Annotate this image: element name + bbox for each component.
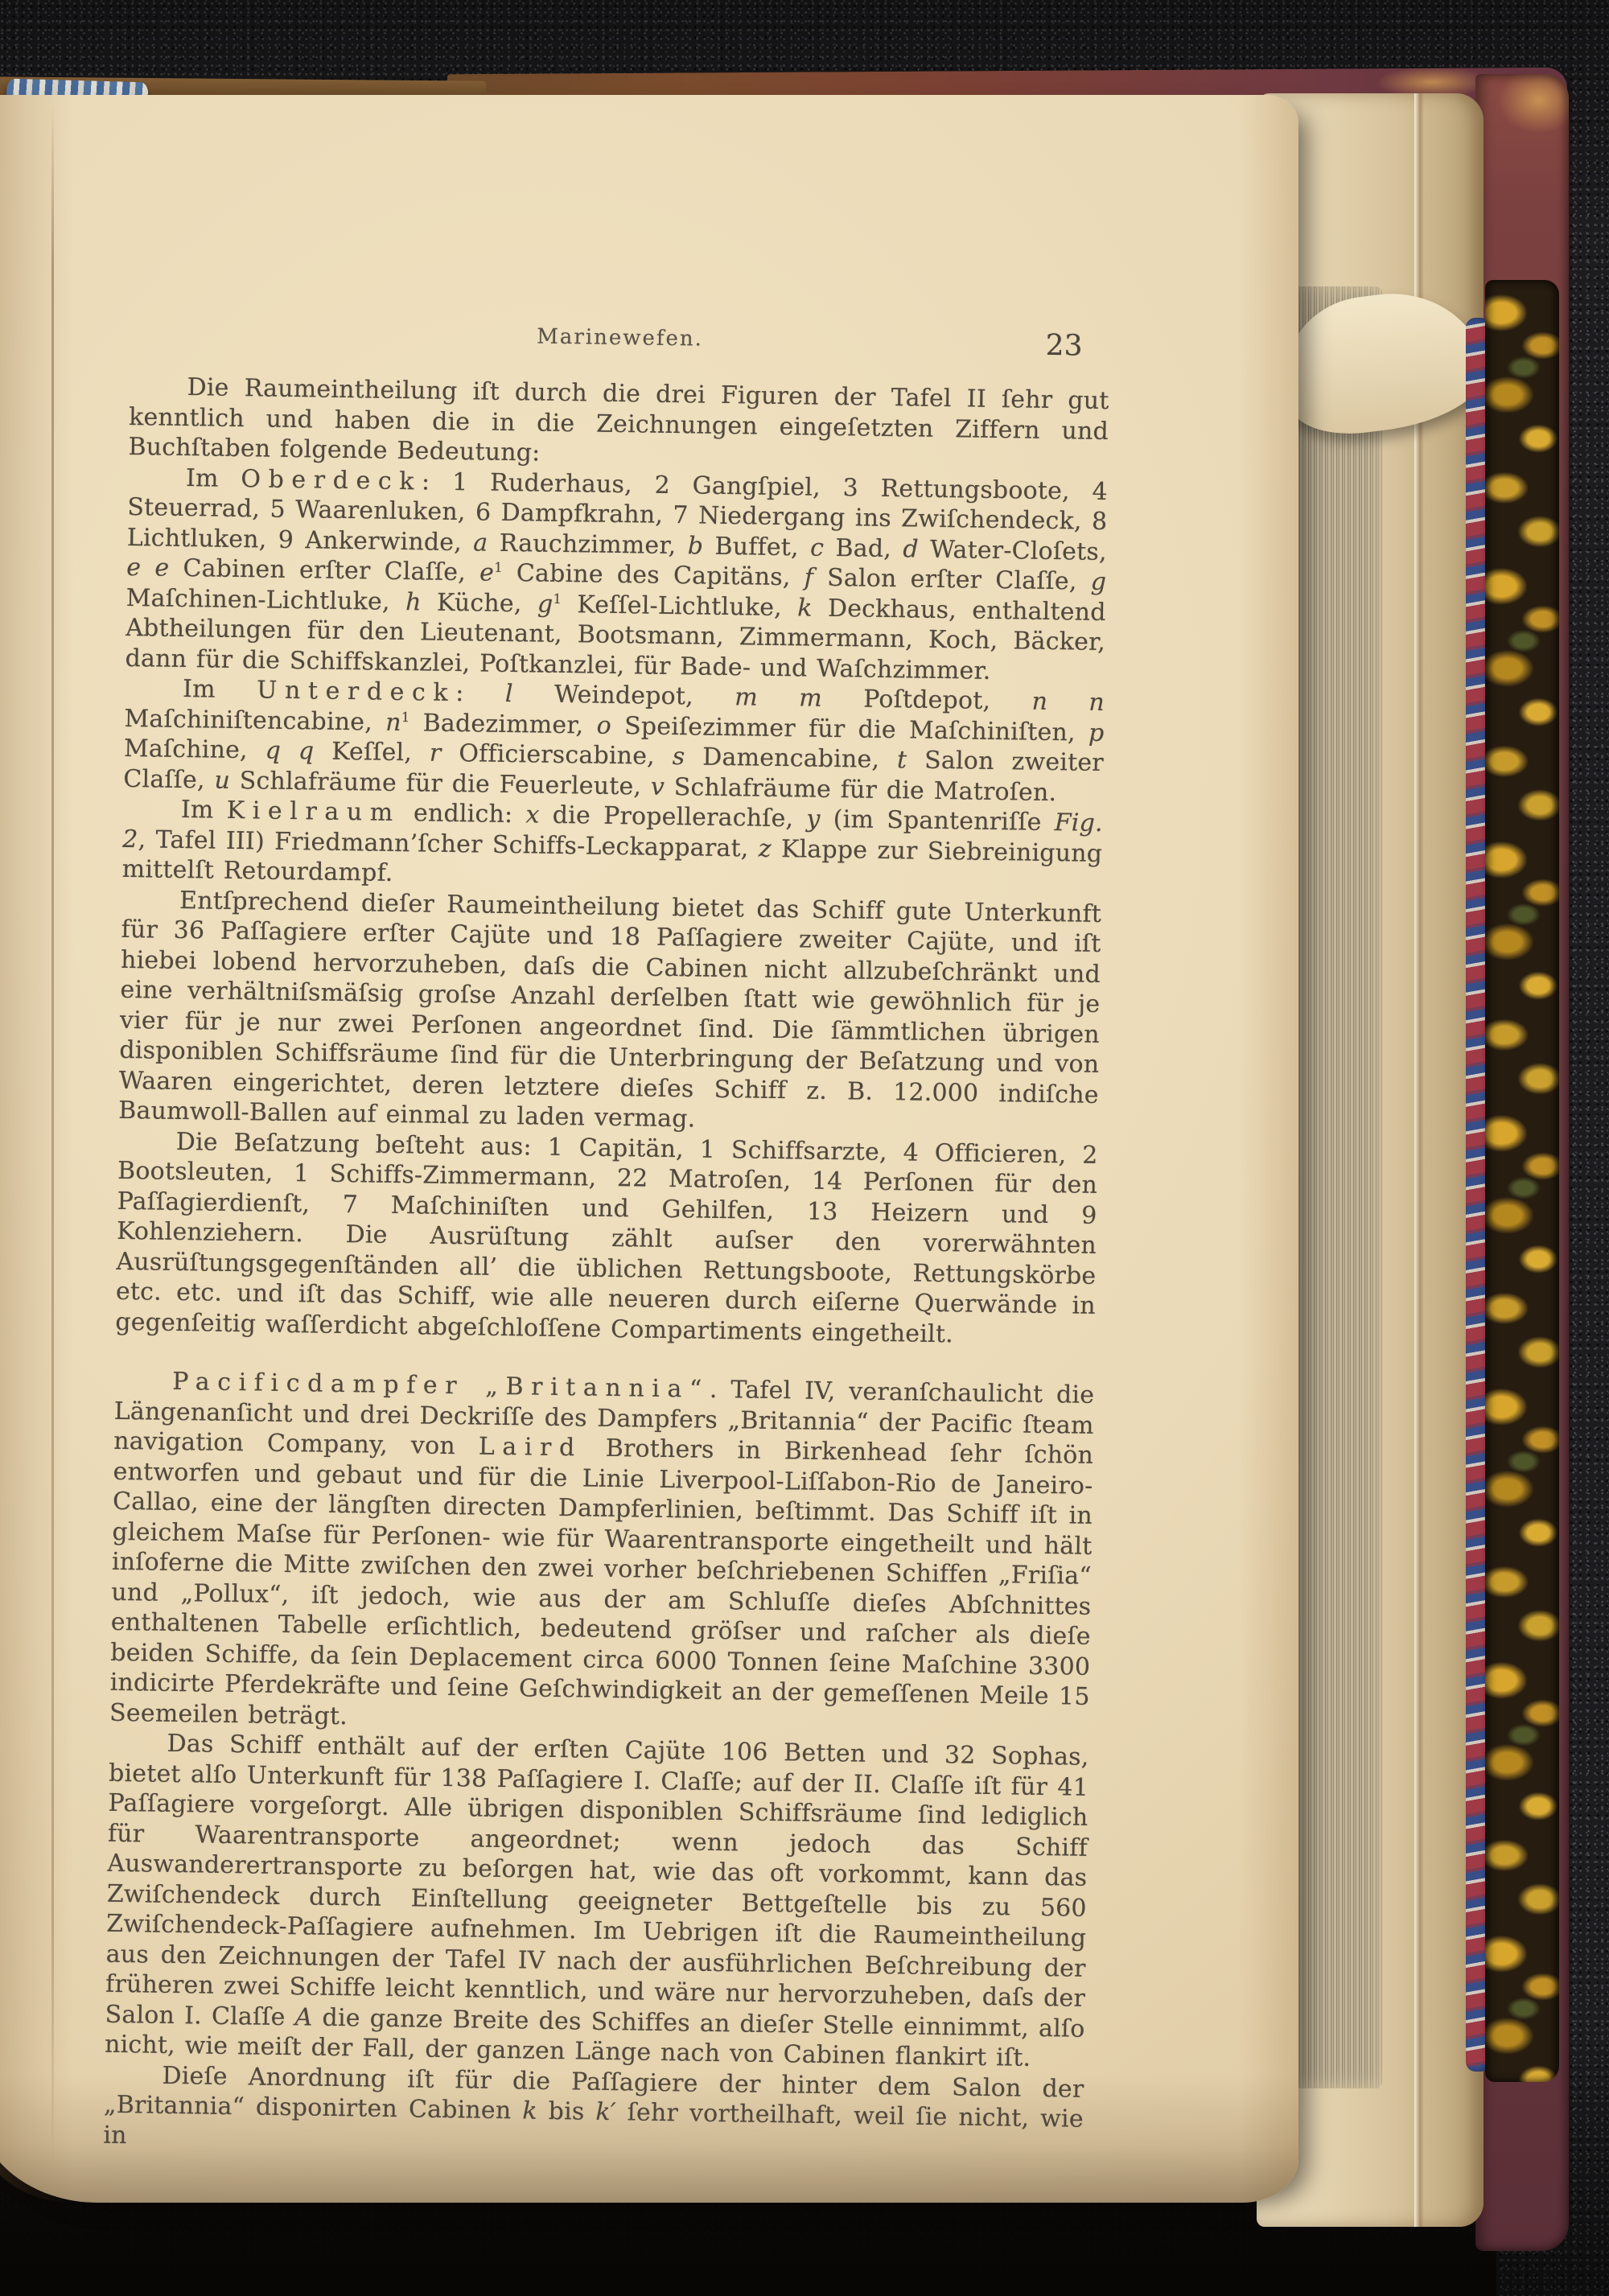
text-segment: : <box>455 679 505 708</box>
text-segment: endlich: <box>401 799 526 829</box>
paragraph: Das Schiff enthält auf der erſten Cajüte… <box>105 1728 1089 2075</box>
page-header: Marinewefen. 23 <box>130 314 1110 367</box>
text-segment: Water-Cloſets, <box>918 535 1107 566</box>
text-segment: Entſprechend dieſer Raumeintheilung biet… <box>118 886 1101 1133</box>
text-segment: Damencabine, <box>685 743 897 774</box>
text-segment-italic: h <box>405 588 422 616</box>
text-segment-italic: k <box>522 2096 537 2125</box>
text-segment-italic: k′ <box>595 2098 616 2126</box>
paragraph: Die Raumeintheilung iſt durch die drei F… <box>128 372 1109 477</box>
book-scan: Marinewefen. 23 Die Raumeintheilung iſt … <box>0 0 1609 2296</box>
text-segment-italic: n n <box>1031 688 1105 717</box>
gutter-crease-line <box>51 103 54 2169</box>
text-segment-italic: l <box>505 680 513 708</box>
text-segment-spaced: Kielraum <box>226 796 401 827</box>
book-page: Marinewefen. 23 Die Raumeintheilung iſt … <box>0 95 1298 2203</box>
text-segment: Badezimmer, <box>409 709 597 739</box>
text-segment: Cabinen erſter Claſſe, <box>169 554 479 587</box>
page-number: 23 <box>1045 329 1082 363</box>
text-segment: Brothers in Birkenhead ſehr ſchön entwor… <box>109 1434 1093 1730</box>
page-right-shading <box>1239 95 1298 2203</box>
text-segment: Poſtdepot, <box>822 685 1032 716</box>
text-segment-spaced: Unterdeck <box>257 676 456 707</box>
text-segment-italic: t <box>897 746 907 774</box>
page-text: Marinewefen. 23 Die Raumeintheilung iſt … <box>103 314 1110 2165</box>
text-segment-spaced: Oberdeck <box>241 465 422 496</box>
text-segment: Im <box>181 796 227 825</box>
text-segment-sup: 1 <box>401 710 410 725</box>
body-paragraphs: Die Raumeintheilung iſt durch die drei F… <box>103 372 1109 2165</box>
text-segment-italic: d <box>903 535 919 563</box>
text-segment: Das Schiff enthält auf der erſten Cajüte… <box>105 1730 1088 2031</box>
text-segment: Maſchine, <box>124 734 265 765</box>
paragraph: Entſprechend dieſer Raumeintheilung biet… <box>118 884 1101 1140</box>
text-segment-italic: s <box>673 743 685 771</box>
text-segment-spaced: Laird <box>479 1433 582 1463</box>
text-segment: Buffet, <box>703 532 811 562</box>
text-segment-italic: r <box>430 739 442 767</box>
text-segment: Keſſel, <box>314 737 430 767</box>
text-segment-italic: a <box>473 529 488 557</box>
text-segment-italic: c <box>810 533 825 562</box>
gutter-shading <box>0 95 74 2203</box>
text-segment: Küche, <box>421 588 537 618</box>
text-segment: Bad, <box>824 533 903 562</box>
text-segment-italic: b <box>687 532 703 560</box>
text-segment-sup: 1 <box>494 560 503 575</box>
text-segment: Die Beſatzung beſteht aus: 1 Capitän, 1 … <box>115 1127 1098 1348</box>
text-segment: Officierscabine, <box>441 739 673 771</box>
text-segment: die Propellerachſe, <box>539 801 806 833</box>
text-segment-italic: A <box>294 2003 312 2031</box>
text-segment: Speiſezimmer für die Maſchiniſten, <box>611 711 1089 747</box>
paragraph: Im Oberdeck: 1 Ruderhaus, 2 Gangſpiel, 3… <box>125 462 1108 688</box>
text-segment: Keſſel-Lichtluke, <box>562 590 798 621</box>
text-segment-italic: y <box>806 805 821 833</box>
text-segment-italic: u <box>214 766 230 794</box>
text-segment-italic: q q <box>265 737 314 766</box>
text-segment: Die Raumeintheilung iſt durch die drei F… <box>128 373 1109 467</box>
text-segment: Maſchinen-Lichtluke, <box>126 583 406 615</box>
text-segment: Weindepot, <box>512 680 735 711</box>
text-segment: Im <box>186 464 241 493</box>
text-segment-italic: g <box>537 590 553 618</box>
text-segment-italic: k <box>797 594 813 622</box>
text-segment-italic: e <box>479 558 494 586</box>
text-segment: bis <box>537 2097 595 2126</box>
fore-edge-striations <box>1292 286 1382 2088</box>
paragraph: Im Unterdeck: l Weindepot, m m Poſtdepot… <box>123 673 1105 809</box>
text-segment-italic: v <box>651 772 665 800</box>
running-title: Marinewefen. <box>130 319 1109 357</box>
paragraph: Die Beſatzung beſteht aus: 1 Capitän, 1 … <box>115 1125 1098 1352</box>
text-segment-sup: 1 <box>553 590 562 606</box>
text-segment-italic: e e <box>126 553 170 582</box>
text-segment-italic: n <box>385 708 401 736</box>
text-segment: Maſchiniſtencabine, <box>124 704 385 736</box>
text-segment-italic: g <box>1091 568 1107 596</box>
text-segment: Salon erſter Claſſe, <box>813 564 1091 596</box>
text-segment-italic: z <box>759 834 772 862</box>
text-segment: Cabine des Capitäns, <box>503 559 804 592</box>
text-segment: Rauchzimmer, <box>488 529 688 560</box>
text-segment-italic: f <box>804 563 813 591</box>
paragraph: Im Kielraum endlich: x die Propellerachſ… <box>121 794 1103 899</box>
text-segment: Schlafräume für die Matroſen. <box>665 772 1057 806</box>
text-segment-italic: x <box>525 800 540 829</box>
text-segment: Schlafräume für die Feuerleute, <box>230 766 651 800</box>
text-segment-italic: p <box>1088 718 1105 747</box>
paragraph: Dieſe Anordnung iſt für die Paſſagiere d… <box>103 2059 1084 2165</box>
text-segment: (im Spantenriſſe <box>820 805 1055 837</box>
text-segment: Im <box>183 675 257 704</box>
text-segment-italic: o <box>596 711 611 739</box>
text-segment-italic: m m <box>735 683 822 713</box>
paragraph: Pacificdampfer „Britannia“. Tafel IV, ve… <box>109 1366 1095 1743</box>
marbled-paper-strip <box>1485 280 1559 2082</box>
